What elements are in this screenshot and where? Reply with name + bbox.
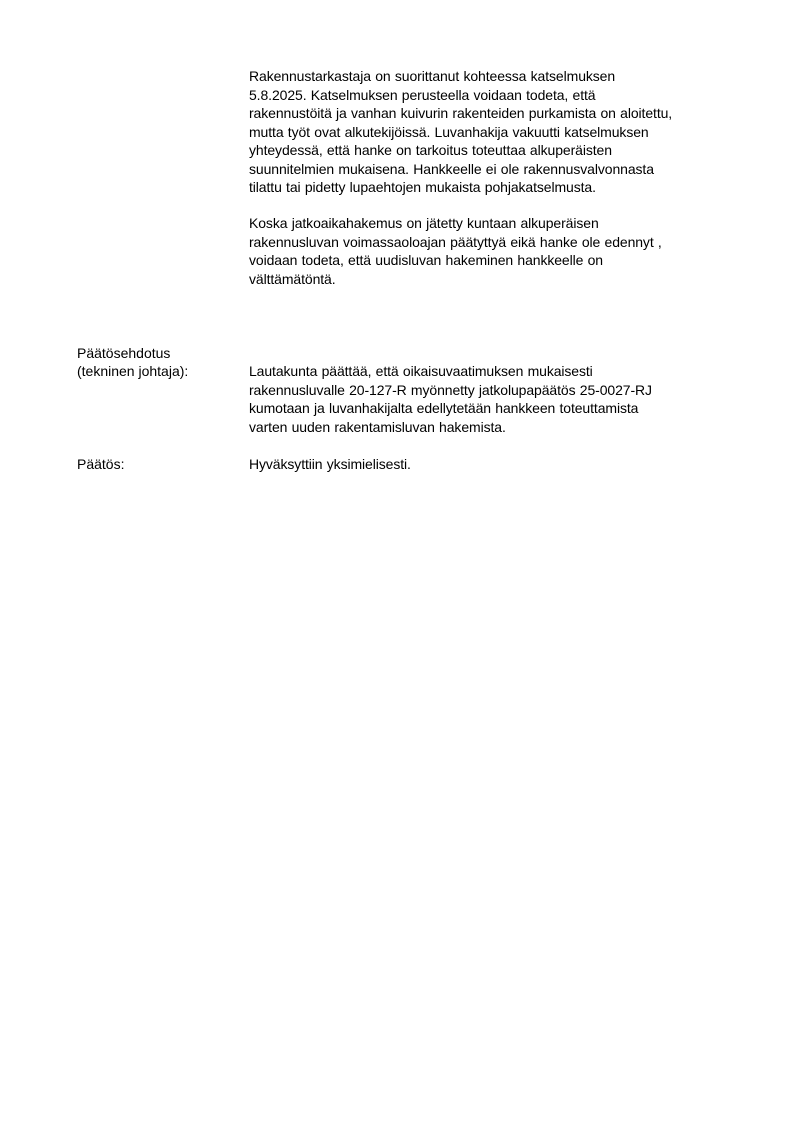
- inspection-paragraph: Rakennustarkastaja on suorittanut kohtee…: [249, 67, 749, 197]
- text-line: tilattu tai pidetty lupaehtojen mukaista…: [249, 178, 749, 197]
- text-line: Lautakunta päättää, että oikaisuvaatimuk…: [249, 362, 749, 381]
- text-line: Hyväksyttiin yksimielisesti.: [249, 455, 749, 474]
- proposal-author-label: (tekninen johtaja):: [77, 362, 188, 381]
- decision-text: Hyväksyttiin yksimielisesti.: [249, 455, 749, 474]
- text-line: rakennusluvan voimassaoloajan päätyttyä …: [249, 233, 749, 252]
- text-line: voidaan todeta, että uudisluvan hakemine…: [249, 251, 749, 270]
- text-line: 5.8.2025. Katselmuksen perusteella voida…: [249, 86, 749, 105]
- text-line: kumotaan ja luvanhakijalta edellytetään …: [249, 399, 749, 418]
- document-page: Rakennustarkastaja on suorittanut kohtee…: [0, 0, 794, 1122]
- text-line: Koska jatkoaikahakemus on jätetty kuntaa…: [249, 214, 749, 233]
- proposal-label: Päätösehdotus: [77, 344, 170, 363]
- text-line: rakennusluvalle 20-127-R myönnetty jatko…: [249, 381, 749, 400]
- text-line: välttämätöntä.: [249, 270, 749, 289]
- text-line: Rakennustarkastaja on suorittanut kohtee…: [249, 67, 749, 86]
- text-line: varten uuden rakentamisluvan hakemista.: [249, 418, 749, 437]
- reasoning-paragraph: Koska jatkoaikahakemus on jätetty kuntaa…: [249, 214, 749, 288]
- proposal-text: Lautakunta päättää, että oikaisuvaatimuk…: [249, 362, 749, 436]
- text-line: suunnitelmien mukaisena. Hankkeelle ei o…: [249, 160, 749, 179]
- text-line: rakennustöitä ja vanhan kuivurin rakente…: [249, 104, 749, 123]
- text-line: yhteydessä, että hanke on tarkoitus tote…: [249, 141, 749, 160]
- text-line: mutta työt ovat alkutekijöissä. Luvanhak…: [249, 123, 749, 142]
- decision-label: Päätös:: [77, 455, 124, 474]
